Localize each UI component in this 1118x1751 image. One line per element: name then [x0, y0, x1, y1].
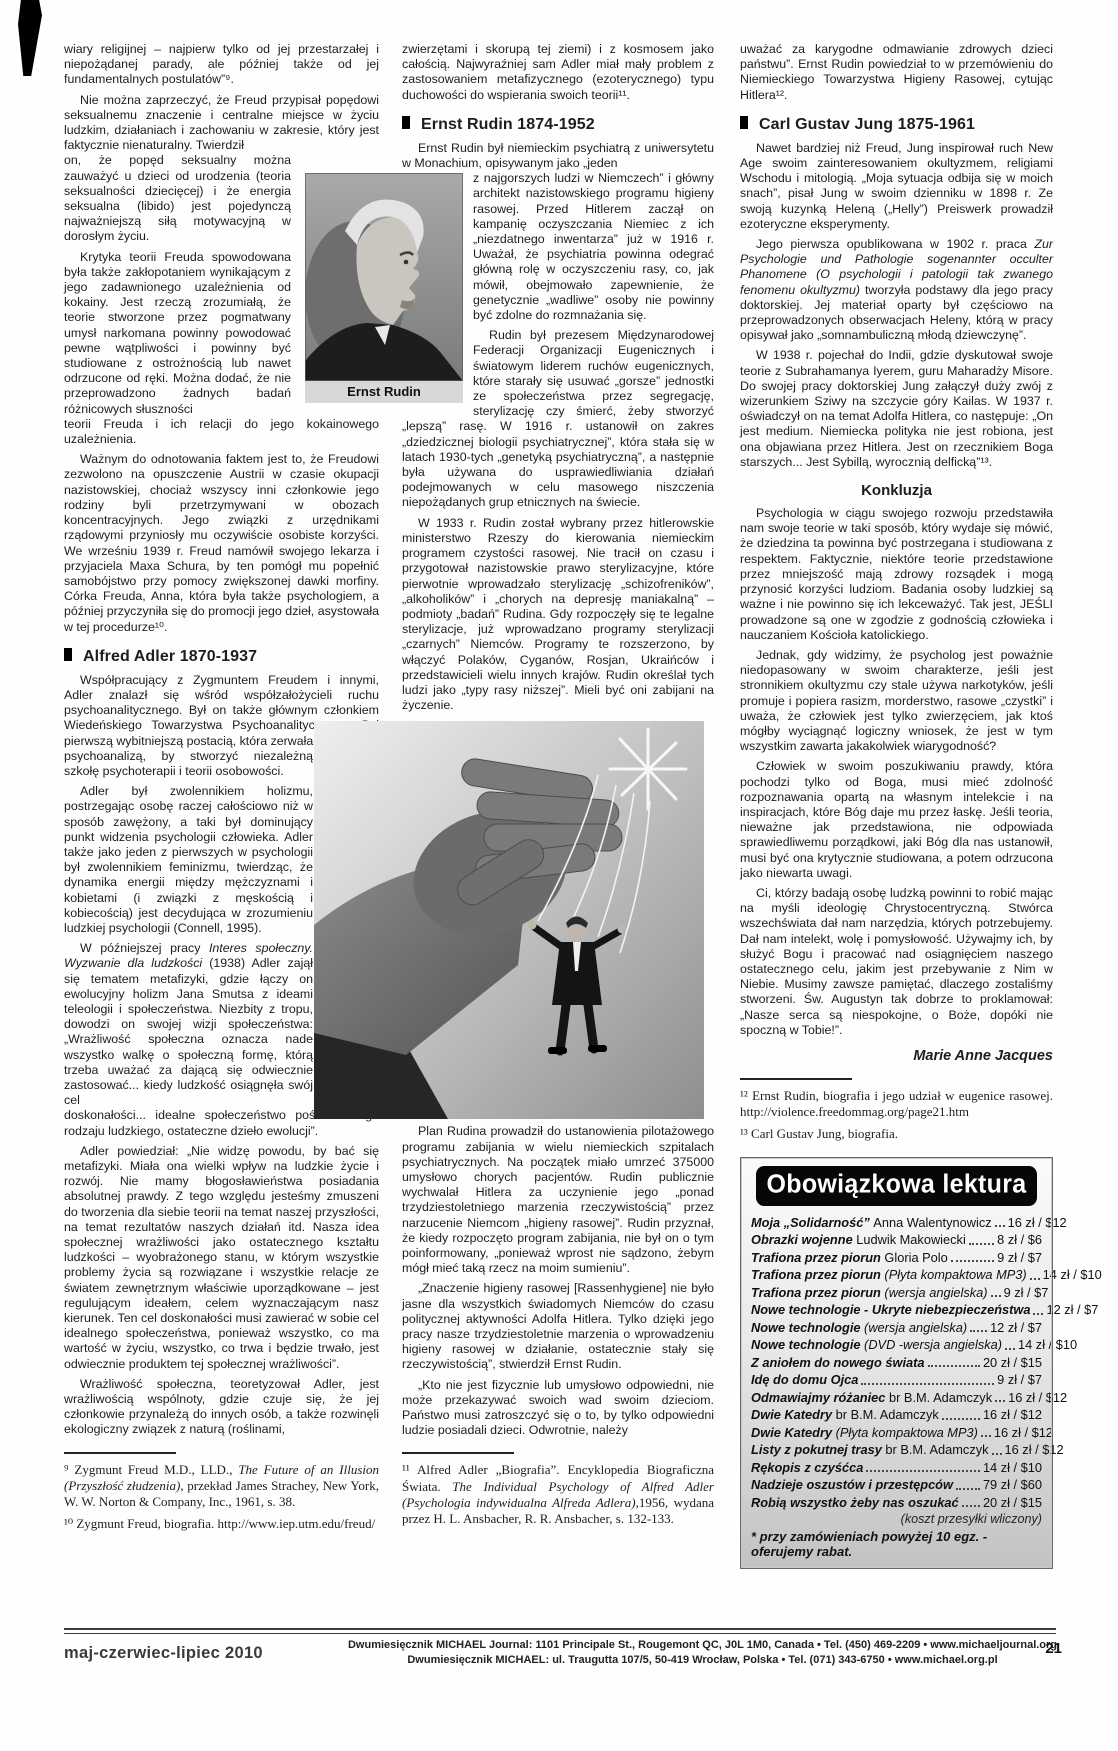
dotted-leader: [956, 1488, 980, 1490]
paragraph: uważać za karygodne odmawianie zdrowych …: [740, 42, 1053, 103]
sub-heading: Konkluzja: [740, 482, 1053, 499]
book-price: 12 zł / $7: [1046, 1301, 1098, 1319]
book-title: Trafiona przez piorun: [751, 1266, 881, 1284]
reading-list-item: Idę do domu Ojca9 zł / $7: [751, 1371, 1042, 1389]
dotted-leader: [995, 1225, 1005, 1227]
footnote: ¹⁰ Zygmunt Freud, biografia. http://www.…: [64, 1516, 379, 1532]
paragraph: Człowiek w swoim poszukiwaniu prawdy, kt…: [740, 759, 1053, 881]
article-column-middle: zwierzętami i skorupą tej ziemi) i z kos…: [402, 42, 714, 1527]
book-author: (Płyta kompaktowa MP3): [881, 1266, 1027, 1284]
paragraph: „Kto nie jest fizycznie lub umysłowo odp…: [402, 1378, 714, 1439]
paragraph: Ci, którzy badają osobę ludzką powinni t…: [740, 886, 1053, 1038]
discount-note: * przy zamówieniach powyżej 10 egz. - of…: [751, 1529, 1042, 1559]
book-price: 16 zł / $12: [994, 1424, 1053, 1442]
paragraph: Jego pierwsza opublikowana w 1902 r. pra…: [740, 237, 1053, 343]
book-price: 16 zł / $12: [1005, 1441, 1064, 1459]
paragraph: Psychologia w ciągu swojego rozwoju prze…: [740, 506, 1053, 643]
book-author: br B.M. Adamczyk: [885, 1389, 992, 1407]
paragraph: Ernst Rudin był niemieckim psychiatrą z …: [402, 141, 714, 171]
book-price: 79 zł / $60: [983, 1476, 1042, 1494]
reading-list-item: Rękopis z czyśćca14 zł / $10: [751, 1459, 1042, 1477]
rudin-portrait-image: [305, 173, 463, 381]
book-title: Trafiona przez piorun: [751, 1249, 881, 1267]
reading-list-item: Nowe technologie (wersja angielska)12 zł…: [751, 1319, 1042, 1337]
book-title: Dwie Katedry: [751, 1424, 832, 1442]
dotted-leader: [928, 1365, 980, 1367]
book-title: Z aniołem do nowego świata: [751, 1354, 925, 1372]
reading-box-title: Obowiązkowa lektura: [756, 1166, 1037, 1206]
book-title: Robią wszystko żeby nas oszukać: [751, 1494, 959, 1512]
heading-square-marker: [64, 648, 72, 661]
reading-list-item: Nowe technologie - Ukryte niebezpieczeńs…: [751, 1301, 1042, 1319]
book-price: 14 zł / $10: [1018, 1336, 1077, 1354]
dotted-leader: [962, 1505, 980, 1507]
heading-square-marker: [402, 116, 410, 129]
book-price: 16 zł / $12: [1008, 1214, 1067, 1232]
dotted-leader: [981, 1435, 991, 1437]
footer-double-rule: [64, 1628, 1056, 1634]
paragraph: Adler powiedział: „Nie widzę powodu, by …: [64, 1144, 379, 1372]
section-heading: Carl Gustav Jung 1875-1961: [740, 116, 1053, 134]
book-title: Moja „Solidarność”: [751, 1214, 870, 1232]
paragraph: Ernst Rudin z najgorszych ludzi w Niemcz…: [402, 171, 714, 323]
publisher-address-line-2: Dwumiesięcznik MICHAEL: ul. Traugutta 10…: [345, 1653, 1060, 1668]
reading-box: Obowiązkowa lektura Moja „Solidarność” A…: [740, 1157, 1053, 1570]
footnote: ¹² Ernst Rudin, biografia i jego udział …: [740, 1088, 1053, 1120]
book-author: (wersja angielska): [861, 1319, 968, 1337]
reading-list-item: Dwie Katedry br B.M. Adamczyk16 zł / $12: [751, 1406, 1042, 1424]
paragraph: Plan Rudina prowadził do ustanowienia pi…: [402, 1124, 714, 1276]
book-price: 9 zł / $7: [997, 1371, 1042, 1389]
puppet-hand-image: [314, 721, 704, 1119]
footnote: ⁹ Zygmunt Freud M.D., LLD., The Future o…: [64, 1462, 379, 1511]
issue-date: maj-czerwiec-lipiec 2010: [64, 1644, 263, 1663]
book-price: 14 zł / $10: [1043, 1266, 1102, 1284]
book-price: 20 zł / $15: [983, 1494, 1042, 1512]
dotted-leader: [969, 1243, 994, 1245]
heading-square-marker: [740, 116, 748, 129]
book-title: Nowe technologie: [751, 1319, 861, 1337]
paragraph: W 1933 r. Rudin został wybrany przez hit…: [402, 516, 714, 714]
book-title: Nowe technologie: [751, 1336, 861, 1354]
paragraph: Wrażliwość społeczna, teoretyzował Adler…: [64, 1377, 379, 1438]
dotted-leader: [970, 1330, 987, 1332]
book-title: Odmawiajmy różaniec: [751, 1389, 885, 1407]
footnote-divider: [64, 1452, 176, 1454]
book-author: Ludwik Makowiecki: [853, 1231, 966, 1249]
footnote: ¹³ Carl Gustav Jung, biografia.: [740, 1126, 1053, 1142]
book-author: br B.M. Adamczyk: [832, 1406, 939, 1424]
dotted-leader: [951, 1260, 994, 1262]
book-price: 20 zł / $15: [983, 1354, 1042, 1372]
dotted-leader: [866, 1470, 980, 1472]
book-author: br B.M. Adamczyk: [882, 1441, 989, 1459]
dotted-leader: [1005, 1348, 1015, 1350]
reading-list-item: Trafiona przez piorun Gloria Polo9 zł / …: [751, 1249, 1042, 1267]
dotted-leader: [992, 1453, 1002, 1455]
dotted-leader: [995, 1400, 1005, 1402]
magazine-page: wiary religijnej – najpierw tylko od jej…: [0, 0, 1118, 1751]
section-heading: Ernst Rudin 1874-1952: [402, 116, 714, 134]
reading-list-item: Obrazki wojenne Ludwik Makowiecki8 zł / …: [751, 1231, 1042, 1249]
book-price: 8 zł / $6: [997, 1231, 1042, 1249]
dotted-leader: [861, 1383, 994, 1385]
book-title: Rękopis z czyśćca: [751, 1459, 863, 1477]
footnote: ¹¹ Alfred Adler „Biografia”. Encyklopedi…: [402, 1462, 714, 1527]
book-author: Anna Walentynowicz: [870, 1214, 992, 1232]
paragraph: Nie można zaprzeczyć, że Freud przypisał…: [64, 93, 379, 154]
book-author: Gloria Polo: [881, 1249, 948, 1267]
publisher-address-line-1: Dwumiesięcznik MICHAEL Journal: 1101 Pri…: [345, 1638, 1060, 1653]
book-title: Listy z pokutnej trasy: [751, 1441, 882, 1459]
footnote-divider: [740, 1078, 852, 1080]
book-title: Dwie Katedry: [751, 1406, 832, 1424]
book-title: Obrazki wojenne: [751, 1231, 853, 1249]
paragraph: Jednak, gdy widzimy, że psycholog jest p…: [740, 648, 1053, 754]
paragraph: W 1938 r. pojechał do Indii, gdzie dysku…: [740, 348, 1053, 470]
paragraph: teorii Freuda i ich relacji do jego koka…: [64, 417, 379, 447]
reading-list-item: Moja „Solidarność” Anna Walentynowicz16 …: [751, 1214, 1042, 1232]
reading-list: Moja „Solidarność” Anna Walentynowicz16 …: [751, 1214, 1042, 1512]
book-author: (wersja angielska): [881, 1284, 988, 1302]
reading-list-item: Dwie Katedry (Płyta kompaktowa MP3)16 zł…: [751, 1424, 1042, 1442]
paragraph: Ważnym do odnotowania faktem jest to, że…: [64, 452, 379, 634]
author-byline: Marie Anne Jacques: [740, 1048, 1053, 1064]
paragraph: Nawet bardziej niż Freud, Jung inspirowa…: [740, 141, 1053, 232]
book-title: Trafiona przez piorun: [751, 1284, 881, 1302]
reading-list-item: Trafiona przez piorun (wersja angielska)…: [751, 1284, 1042, 1302]
paragraph: wiary religijnej – najpierw tylko od jej…: [64, 42, 379, 88]
book-price: 14 zł / $10: [983, 1459, 1042, 1477]
reading-list-item: Listy z pokutnej trasy br B.M. Adamczyk1…: [751, 1441, 1042, 1459]
article-column-right: uważać za karygodne odmawianie zdrowych …: [740, 42, 1053, 1569]
book-title: Idę do domu Ojca: [751, 1371, 858, 1389]
page-number: 21: [1045, 1640, 1062, 1657]
book-price: 9 zł / $7: [997, 1249, 1042, 1267]
scan-artifact-mark: [18, 0, 42, 76]
book-author: (DVD -wersja angielska): [861, 1336, 1003, 1354]
paragraph: „Znaczenie higieny rasowej [Rassenhygien…: [402, 1281, 714, 1372]
publisher-footer: Dwumiesięcznik MICHAEL Journal: 1101 Pri…: [345, 1638, 1060, 1668]
book-author: (Płyta kompaktowa MP3): [832, 1424, 978, 1442]
rudin-photo-caption: Ernst Rudin: [305, 381, 463, 403]
reading-list-item: Nowe technologie (DVD -wersja angielska)…: [751, 1336, 1042, 1354]
reading-list-item: Odmawiajmy różaniec br B.M. Adamczyk16 z…: [751, 1389, 1042, 1407]
rudin-photo: Ernst Rudin: [305, 173, 463, 403]
puppet-hand-photo: [314, 721, 704, 1119]
section-heading: Alfred Adler 1870-1937: [64, 648, 379, 666]
reading-list-item: Nadzieje oszustów i przestępców79 zł / $…: [751, 1476, 1042, 1494]
paragraph: zwierzętami i skorupą tej ziemi) i z kos…: [402, 42, 714, 103]
book-price: 9 zł / $7: [1004, 1284, 1049, 1302]
footnote-divider: [402, 1452, 514, 1454]
dotted-leader: [991, 1295, 1001, 1297]
reading-list-item: Z aniołem do nowego świata20 zł / $15: [751, 1354, 1042, 1372]
shipping-note: (koszt przesyłki wliczony): [751, 1512, 1042, 1526]
book-price: 16 zł / $12: [1008, 1389, 1067, 1407]
book-title: Nadzieje oszustów i przestępców: [751, 1476, 953, 1494]
reading-list-item: Robią wszystko żeby nas oszukać20 zł / $…: [751, 1494, 1042, 1512]
book-title: Nowe technologie - Ukryte niebezpieczeńs…: [751, 1301, 1030, 1319]
book-price: 16 zł / $12: [983, 1406, 1042, 1424]
dotted-leader: [1033, 1313, 1043, 1315]
book-price: 12 zł / $7: [990, 1319, 1042, 1337]
dotted-leader: [1030, 1278, 1040, 1280]
dotted-leader: [942, 1418, 980, 1420]
reading-list-item: Trafiona przez piorun (Płyta kompaktowa …: [751, 1266, 1042, 1284]
